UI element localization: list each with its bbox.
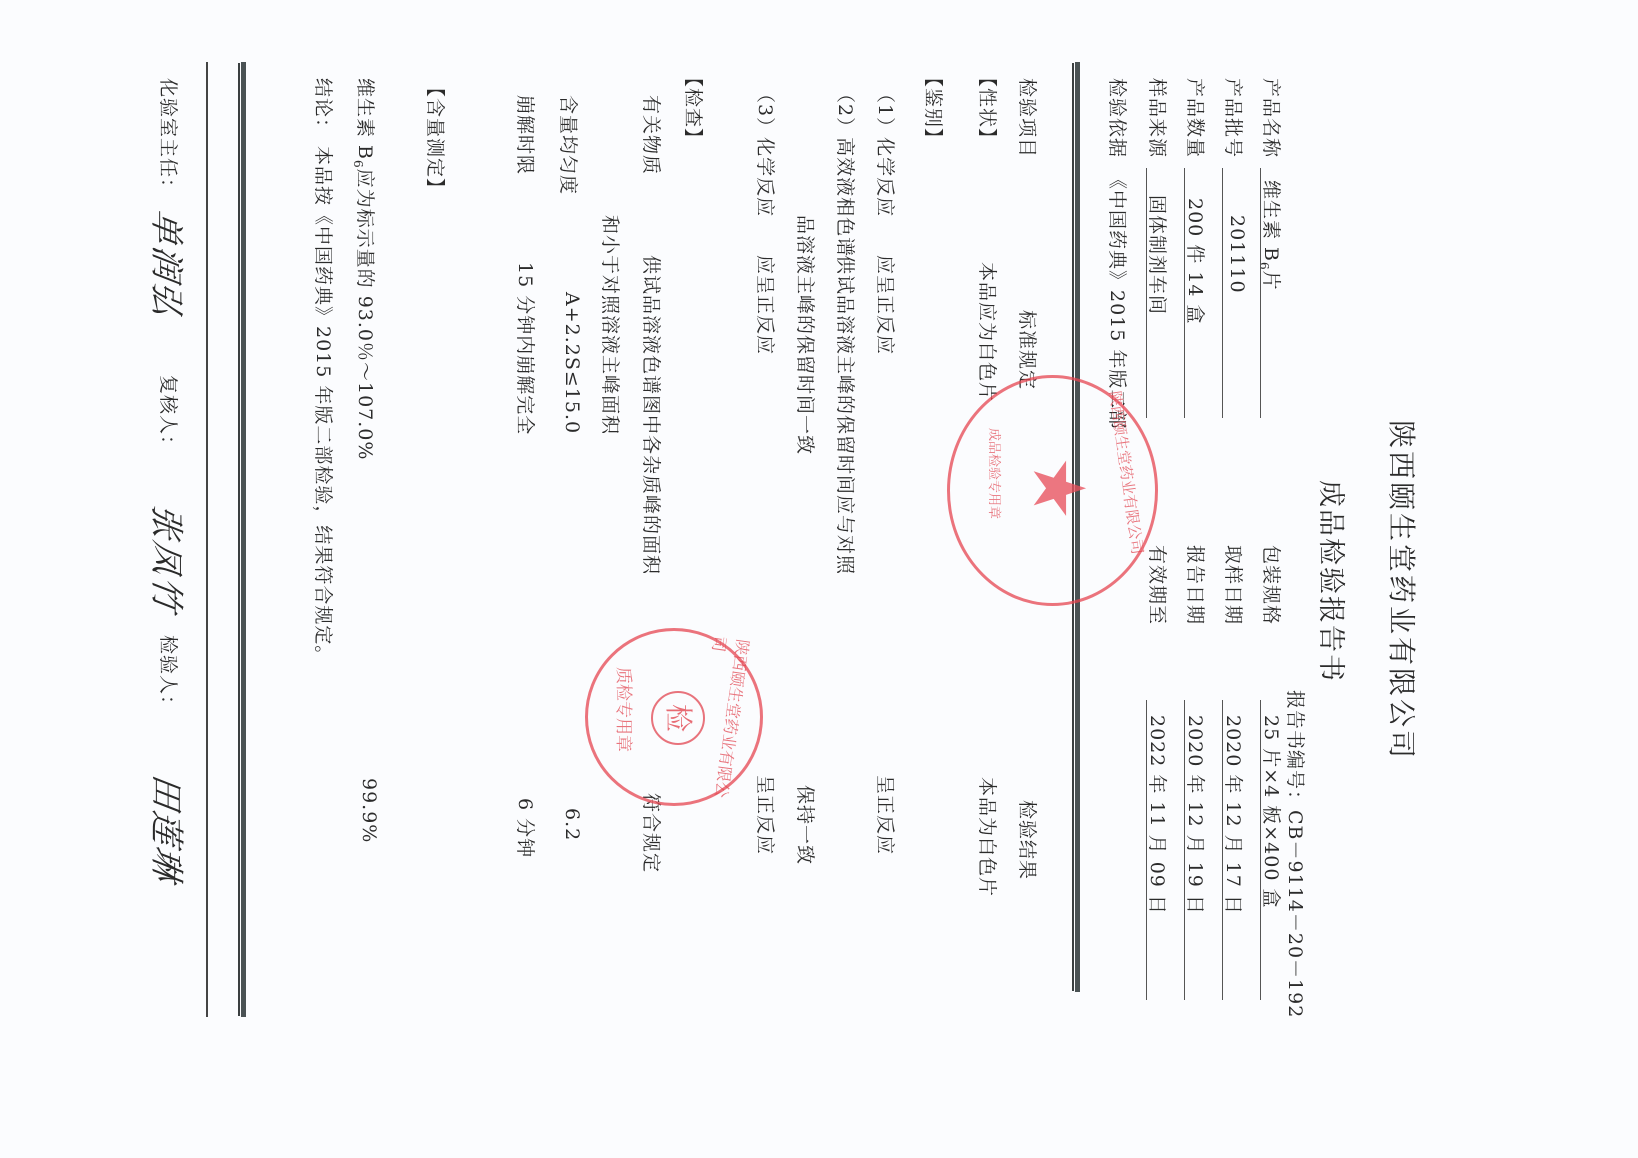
- document-title: 成品检验报告书: [1314, 480, 1353, 683]
- sampling-date-underline-2: [1222, 700, 1223, 1000]
- signature-top-rule: [206, 62, 208, 1017]
- batch-value: 201110: [1226, 215, 1248, 294]
- source-value: 固体制剂车间: [1145, 195, 1172, 315]
- uniformity-standard: A+2.2S≤15.0: [561, 292, 583, 434]
- company-seal-bottom-text: 成品检验专用章: [986, 428, 1005, 519]
- report-number: 报告书编号：CB－9114－20－192: [1283, 690, 1310, 1018]
- section-appearance: 【性状】: [975, 68, 1002, 148]
- inspector-signature: 田莲琳: [145, 772, 194, 887]
- related-standard-line1: 供试品溶液色谱图中各杂质峰的面积: [639, 255, 666, 575]
- related-result: 符合规定: [639, 793, 666, 873]
- disintegration-item: 崩解时限: [513, 95, 540, 175]
- appearance-result: 本品为白色片: [975, 777, 1002, 897]
- source-label: 样品来源: [1145, 78, 1172, 158]
- report-date-value: 2020 年 12 月 19 日: [1183, 715, 1210, 915]
- qc-seal-bottom-text: 质检专用章: [613, 667, 638, 752]
- reviewer-label: 复核人：: [156, 375, 183, 455]
- disintegration-result: 6 分钟: [513, 798, 540, 858]
- id3-result: 呈正反应: [753, 775, 780, 855]
- product-name-underline: [1260, 168, 1261, 418]
- quantity-label: 产品数量: [1183, 78, 1210, 158]
- id3-item: （3）化学反应: [753, 84, 780, 217]
- batch-underline: [1222, 168, 1223, 418]
- uniformity-item: 含量均匀度: [556, 95, 583, 195]
- qc-seal-top-text: 陕西颐生堂药业有限公司: [687, 635, 756, 806]
- qc-seal: 陕西颐生堂药业有限公司 检 质检专用章: [585, 628, 763, 806]
- id3-standard: 应呈正反应: [753, 255, 780, 355]
- qc-seal-center: 检: [651, 691, 705, 745]
- table-bottom-rule: [240, 62, 246, 1017]
- table-top-rule: [1074, 62, 1080, 992]
- quantity-underline: [1184, 168, 1185, 418]
- id1-result: 呈正反应: [873, 775, 900, 855]
- sampling-date-underline: [1260, 700, 1261, 1000]
- header-standard: 标准规定: [1015, 310, 1042, 390]
- id2-standard-line1: 供试品溶液主峰的保留时间应与对照: [833, 255, 860, 575]
- conclusion-text: 本品按《中国药典》2015 年版二部检验，结果符合规定。: [311, 146, 338, 665]
- assay-standard: 维生素 B6应为标示量的 93.0％～107.0%: [351, 78, 380, 460]
- appearance-standard: 本品应为白色片: [975, 262, 1002, 402]
- id1-item: （1）化学反应: [873, 84, 900, 217]
- id2-result: 保持一致: [793, 785, 820, 865]
- source-underline: [1146, 168, 1147, 418]
- sampling-date-value: 2020 年 12 月 17 日: [1221, 715, 1248, 915]
- id2-item: （2）高效液相色谱: [833, 84, 860, 257]
- id1-standard: 应呈正反应: [873, 255, 900, 355]
- report-date-label: 报告日期: [1183, 545, 1210, 625]
- product-name-value: 维生素 B6片: [1257, 180, 1286, 291]
- basis-value: 《中国药典》2015 年版二部: [1105, 170, 1132, 429]
- disintegration-standard: 15 分钟内崩解完全: [513, 262, 540, 435]
- section-assay: 【含量测定】: [423, 78, 450, 198]
- star-icon: ★: [1023, 456, 1095, 521]
- expiry-value: 2022 年 11 月 09 日: [1145, 715, 1172, 915]
- id2-standard-line2: 品溶液主峰的保留时间一致: [793, 215, 820, 455]
- reviewer-signature: 张凤竹: [145, 502, 194, 617]
- inspector-label: 检验人：: [156, 635, 183, 715]
- lab-director-signature: 单润弘: [145, 207, 194, 322]
- basis-label: 检验依据: [1105, 78, 1132, 158]
- package-spec-label: 包装规格: [1259, 545, 1286, 625]
- header-result: 检验结果: [1015, 800, 1042, 880]
- report-number-value: CB－9114－20－192: [1284, 810, 1306, 1018]
- assay-result: 99.9%: [358, 778, 380, 843]
- lab-director-label: 化验室主任：: [156, 78, 183, 198]
- product-name-label: 产品名称: [1259, 78, 1286, 158]
- quantity-value: 200 件 14 盒: [1183, 198, 1210, 325]
- related-item: 有关物质: [639, 95, 666, 175]
- company-name: 陕西颐生堂药业有限公司: [1383, 420, 1423, 761]
- batch-label: 产品批号: [1221, 78, 1248, 158]
- conclusion-label: 结论：: [311, 78, 338, 138]
- sampling-date-label: 取样日期: [1221, 545, 1248, 625]
- expiry-underline: [1146, 700, 1147, 1000]
- section-identification: 【鉴别】: [921, 68, 948, 148]
- related-standard-line2: 和小于对照溶液主峰面积: [598, 215, 625, 435]
- inspection-report-page: 陕西颐生堂药业有限公司 成品检验报告书 报告书编号：CB－9114－20－192…: [0, 0, 1638, 1158]
- report-number-label: 报告书编号：: [1284, 690, 1306, 810]
- report-date-underline: [1184, 700, 1185, 1000]
- uniformity-result: 6.2: [561, 808, 583, 841]
- expiry-label: 有效期至: [1145, 545, 1172, 625]
- section-tests: 【检查】: [681, 68, 708, 148]
- header-item: 检验项目: [1015, 78, 1042, 158]
- package-spec-value: 25 片×4 板×400 盒: [1259, 715, 1286, 909]
